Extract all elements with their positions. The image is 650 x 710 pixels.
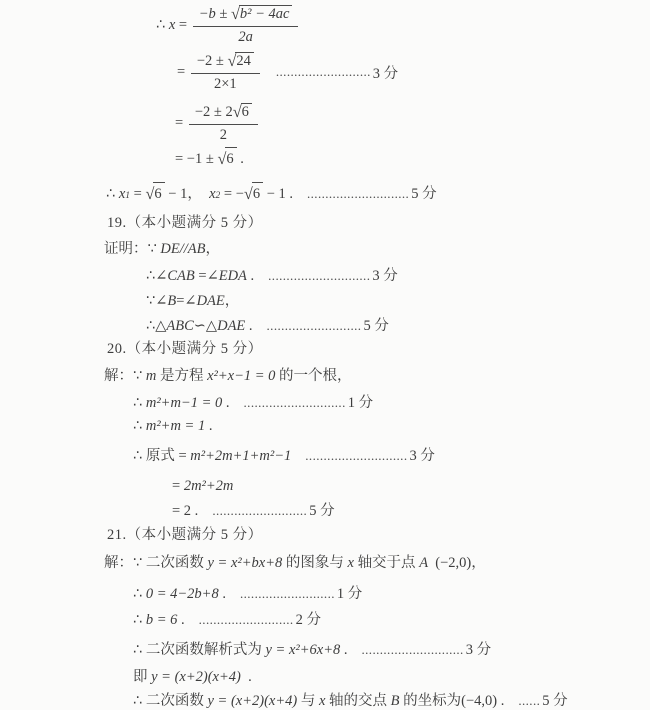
angle-symbol: =∠ <box>176 290 196 312</box>
q18-line-simplified-fraction: = −2 ± 2 √6 2 <box>175 101 260 145</box>
q21-line-substitution: ∴ 0 = 4−2b+8 . .........................… <box>133 583 362 605</box>
question-number: 20.（本小题满分 5 分） <box>107 338 263 360</box>
radical: √6 <box>233 103 252 121</box>
exam-answer-sheet: ∴ x = −b ± √b² − 4ac 2a = −2 ± √24 2×1 .… <box>0 0 650 710</box>
comma: ， <box>205 238 220 260</box>
text: ∴ 原式 = <box>133 445 190 467</box>
q18-line-substitution: = −2 ± √24 2×1 .........................… <box>177 50 398 94</box>
fraction: −b ± √b² − 4ac 2a <box>193 5 299 46</box>
q20-line-final-value: = 2 . .......................... 5 分 <box>172 500 335 522</box>
period: . <box>247 265 254 287</box>
radical: √6 <box>244 182 263 205</box>
period: . <box>222 392 229 414</box>
dotted-leader: ............................ <box>305 445 407 467</box>
math-expression: DAE <box>197 290 225 312</box>
period: . <box>245 315 252 337</box>
therefore-symbol: ∴ <box>106 183 119 205</box>
math-expression: y = x²+6x+8 <box>265 639 340 661</box>
q19-header: 19.（本小题满分 5 分） <box>107 212 263 234</box>
score-label: 2 分 <box>296 609 321 631</box>
score-label: 3 分 <box>372 265 397 287</box>
q20-line-expansion: ∴ 原式 = m²+2m+1+m²−1 ....................… <box>133 445 435 467</box>
math-expression: m²+m = 1 <box>146 415 205 437</box>
math-expression: y = (x+2)(x+4) <box>207 690 297 710</box>
q19-line-angle-given: ∵∠B=∠DAE， <box>146 290 239 312</box>
q18-line-roots: ∴ x1 = √6 − 1， x2 = −√6 − 1 . ..........… <box>106 182 437 207</box>
radical-sign: √ <box>145 186 154 202</box>
fraction-numerator: −2 ± 2 √6 <box>189 103 258 125</box>
dotted-leader: ............................ <box>362 639 464 661</box>
q21-line-function-formula: ∴ 二次函数解析式为 y = x²+6x+8 . ...............… <box>133 639 491 661</box>
fraction: −2 ± 2 √6 2 <box>189 103 258 144</box>
q18-line-result: = −1 ± √6 . <box>175 147 244 170</box>
q19-line-proof-given: 证明：∵ DE//AB， <box>104 238 220 260</box>
radicand: 6 <box>225 147 236 170</box>
comma: ， <box>225 290 240 312</box>
question-number: 21.（本小题满分 5 分） <box>107 524 263 546</box>
math-expression: = −1 ± <box>175 148 217 170</box>
math-expression: CAB <box>167 265 194 287</box>
point-b: B <box>391 690 400 710</box>
period: . <box>497 690 504 710</box>
equals-sign: = <box>175 17 190 34</box>
radical-sign: √ <box>217 151 226 167</box>
math-expression: x²+x−1 = 0 <box>207 365 275 387</box>
radical-sign: √ <box>227 53 236 69</box>
radical-sign: √ <box>233 104 242 120</box>
angle-symbol: ∵∠ <box>146 290 167 312</box>
radical: √6 <box>217 147 236 170</box>
math-expression: 0 = 4−2b+8 <box>146 583 219 605</box>
period: . <box>340 639 347 661</box>
triangle-symbol: ∴△ <box>146 315 166 337</box>
q20-line-simplify: = 2m²+2m <box>172 475 233 497</box>
math-expression: −b ± <box>199 6 231 23</box>
radical-sign: √ <box>244 186 253 202</box>
question-number: 19.（本小题满分 5 分） <box>107 212 263 234</box>
score-label: 3 分 <box>466 639 491 661</box>
radicand: 6 <box>252 182 263 205</box>
math-expression: m²+2m+1+m²−1 <box>190 445 291 467</box>
variable-m: m <box>146 365 156 387</box>
radicand: 6 <box>153 182 164 205</box>
text: 是方程 <box>156 365 207 387</box>
equals-sign: = <box>172 475 184 497</box>
math-expression: ABC <box>166 315 193 337</box>
math-expression: − 1 . <box>263 183 293 205</box>
text: 轴交于点 <box>354 552 419 574</box>
math-expression: −2 ± 2 <box>195 104 233 121</box>
dotted-leader: ............................ <box>244 392 346 414</box>
therefore-symbol: ∴ <box>156 17 169 34</box>
math-expression: = 2 . <box>172 500 198 522</box>
period: . <box>219 583 226 605</box>
text: 的坐标为 <box>400 690 462 710</box>
score-label: 1 分 <box>348 392 373 414</box>
similar-symbol: ∽△ <box>194 315 217 337</box>
period: . <box>205 415 212 437</box>
equals-sign: = − <box>220 183 244 205</box>
radicand: 6 <box>241 103 252 121</box>
text: 的图象与 <box>282 552 347 574</box>
score-label: 5 分 <box>411 183 436 205</box>
dotted-leader: ............................ <box>268 265 370 287</box>
period: . <box>237 148 244 170</box>
score-label: 5 分 <box>309 500 334 522</box>
math-expression: −2 ± <box>197 53 228 70</box>
score-label: 1 分 <box>337 583 362 605</box>
coordinates: (−2,0)， <box>428 552 486 574</box>
math-expression: 2m²+2m <box>184 475 234 497</box>
dotted-leader: .......................... <box>276 64 371 80</box>
math-expression: y = (x+2)(x+4) <box>151 666 241 688</box>
score-label: 3 分 <box>409 445 434 467</box>
fraction-denominator: 2×1 <box>214 74 237 93</box>
dotted-leader: .......................... <box>240 583 335 605</box>
text: 与 <box>297 690 319 710</box>
radical-sign: √ <box>231 6 240 22</box>
therefore-symbol: ∴ <box>133 609 146 631</box>
text: 解：∵ 二次函数 <box>104 552 207 574</box>
math-expression: DE//AB <box>160 238 205 260</box>
q19-line-angle-equality: ∴∠CAB =∠EDA . ..........................… <box>146 265 398 287</box>
q20-line-identity: ∴ m²+m = 1 . <box>133 415 212 437</box>
fraction-denominator: 2 <box>220 125 227 144</box>
math-expression: m²+m−1 = 0 <box>146 392 222 414</box>
text: 证明：∵ <box>104 238 160 260</box>
fraction: −2 ± √24 2×1 <box>191 52 260 93</box>
therefore-symbol: ∴ <box>133 392 146 414</box>
q21-line-given-function: 解：∵ 二次函数 y = x²+bx+8 的图象与 x 轴交于点 A (−2,0… <box>104 552 486 574</box>
math-expression: − 1， <box>165 183 209 205</box>
text: ∴ 二次函数解析式为 <box>133 639 265 661</box>
q21-header: 21.（本小题满分 5 分） <box>107 524 263 546</box>
dotted-leader: ...... <box>518 690 540 710</box>
period: . <box>241 666 252 688</box>
score-label: 5 分 <box>542 690 567 710</box>
dotted-leader: .......................... <box>267 315 362 337</box>
fraction-numerator: −2 ± √24 <box>191 52 260 74</box>
radicand: 24 <box>235 52 254 70</box>
period: . <box>177 609 184 631</box>
therefore-symbol: ∴ <box>133 583 146 605</box>
text: 即 <box>133 666 151 688</box>
text: 解：∵ <box>104 365 146 387</box>
equals-sign: = <box>175 115 187 132</box>
q20-line-equation: ∴ m²+m−1 = 0 . .........................… <box>133 392 373 414</box>
dotted-leader: ............................ <box>307 183 409 205</box>
equals-sign: = <box>177 64 189 81</box>
angle-symbol: =∠ <box>195 265 219 287</box>
q21-line-factored-form: 即 y = (x+2)(x+4) . <box>133 666 252 688</box>
math-expression: B <box>167 290 176 312</box>
angle-symbol: ∴∠ <box>146 265 167 287</box>
q19-line-similarity-conclusion: ∴△ABC∽△DAE . .......................... … <box>146 315 389 337</box>
text: 轴的交点 <box>325 690 390 710</box>
math-expression: y = x²+bx+8 <box>207 552 282 574</box>
q21-line-b-value: ∴ b = 6 . .......................... 2 分 <box>133 609 321 631</box>
radicand: b² − 4ac <box>239 5 293 23</box>
text: 的一个根， <box>275 365 351 387</box>
q18-line-quadratic-formula: ∴ x = −b ± √b² − 4ac 2a <box>156 3 300 47</box>
score-label: 5 分 <box>363 315 388 337</box>
math-expression: b = 6 <box>146 609 178 631</box>
fraction-numerator: −b ± √b² − 4ac <box>193 5 299 27</box>
therefore-symbol: ∴ <box>133 415 146 437</box>
q20-header: 20.（本小题满分 5 分） <box>107 338 263 360</box>
math-expression: DAE <box>217 315 245 337</box>
q20-line-given-root: 解：∵ m 是方程 x²+x−1 = 0 的一个根， <box>104 365 352 387</box>
dotted-leader: .......................... <box>199 609 294 631</box>
dotted-leader: .......................... <box>212 500 307 522</box>
fraction-denominator: 2a <box>238 27 253 46</box>
equals-sign: = <box>130 183 145 205</box>
score-label: 3 分 <box>373 62 398 83</box>
radical: √b² − 4ac <box>231 5 293 23</box>
radical: √24 <box>227 52 253 70</box>
math-expression: EDA <box>219 265 247 287</box>
coordinates: (−4,0) <box>461 690 497 710</box>
text: ∴ 二次函数 <box>133 690 207 710</box>
q21-line-point-b: ∴ 二次函数 y = (x+2)(x+4) 与 x 轴的交点 B 的坐标为(−4… <box>133 690 568 710</box>
point-a: A <box>419 552 428 574</box>
radical: √6 <box>145 182 164 205</box>
